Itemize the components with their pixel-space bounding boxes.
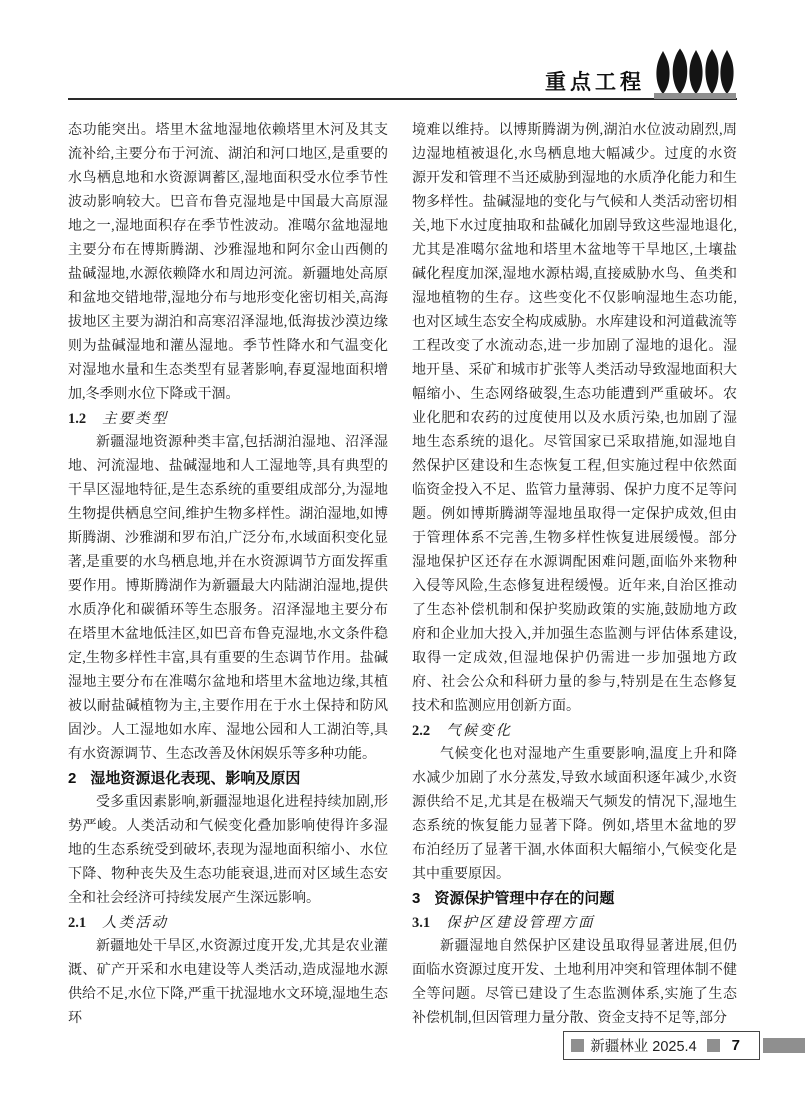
subheading-2-1: 2.1人类活动 xyxy=(68,911,388,935)
subheading-number: 1.2 xyxy=(68,411,86,427)
heading-title: 资源保护管理中存在的问题 xyxy=(434,890,614,907)
journal-issue: 新疆林业 2025.4 xyxy=(590,1035,696,1056)
subheading-number: 2.1 xyxy=(68,915,86,931)
footer-square-icon xyxy=(707,1039,720,1052)
journal-footer-box: 新疆林业 2025.4 7 xyxy=(563,1031,760,1060)
paragraph: 新疆湿地自然保护区建设虽取得显著进展,但仍面临水资源过度开发、土地利用冲突和管理… xyxy=(412,935,737,1031)
paragraph: 气候变化也对湿地产生重要影响,温度上升和降水减少加剧了水分蒸发,导致水域面积逐年… xyxy=(412,743,737,887)
subheading-3-1: 3.1保护区建设管理方面 xyxy=(412,911,737,935)
journal-page: 重点工程 态功能突出。塔里木盆地湿地依赖塔里木河及其支流补给,主要分布于河流、湖… xyxy=(0,0,805,1099)
subheading-2-2: 2.2气候变化 xyxy=(412,719,737,743)
heading-number: 2 xyxy=(68,770,76,787)
paragraph: 境难以维持。以博斯腾湖为例,湖泊水位波动剧烈,周边湿地植被退化,水鸟栖息地大幅减… xyxy=(412,119,737,719)
heading-number: 3 xyxy=(412,890,420,907)
subheading-title: 主要类型 xyxy=(102,411,168,427)
subheading-number: 2.2 xyxy=(412,723,430,739)
footer-square-icon xyxy=(571,1039,584,1052)
right-column: 境难以维持。以博斯腾湖为例,湖泊水位波动剧烈,周边湿地植被退化,水鸟栖息地大幅减… xyxy=(412,119,737,1031)
section-title: 重点工程 xyxy=(545,66,645,96)
paragraph: 态功能突出。塔里木盆地湿地依赖塔里木河及其支流补给,主要分布于河流、湖泊和河口地… xyxy=(68,119,388,407)
paragraph: 新疆湿地资源种类丰富,包括湖泊湿地、沼泽湿地、河流湿地、盐碱湿地和人工湿地等,具… xyxy=(68,431,388,767)
subheading-title: 气候变化 xyxy=(446,723,512,739)
footer-bar xyxy=(763,1038,805,1053)
heading-2: 2湿地资源退化表现、影响及原因 xyxy=(68,767,388,791)
paragraph: 受多重因素影响,新疆湿地退化进程持续加剧,形势严峻。人类活动和气候变化叠加影响使… xyxy=(68,791,388,911)
subheading-title: 保护区建设管理方面 xyxy=(446,915,595,931)
paragraph: 新疆地处干旱区,水资源过度开发,尤其是农业灌溉、矿产开采和水电建设等人类活动,造… xyxy=(68,935,388,1031)
heading-title: 湿地资源退化表现、影响及原因 xyxy=(90,770,300,787)
subheading-number: 3.1 xyxy=(412,915,430,931)
heading-3: 3资源保护管理中存在的问题 xyxy=(412,887,737,911)
page-footer: 新疆林业 2025.4 7 xyxy=(563,1031,805,1060)
subheading-1-2: 1.2主要类型 xyxy=(68,407,388,431)
page-number: 7 xyxy=(732,1037,740,1054)
page-header: 重点工程 xyxy=(68,44,737,100)
subheading-title: 人类活动 xyxy=(102,915,168,931)
left-column: 态功能突出。塔里木盆地湿地依赖塔里木河及其支流补给,主要分布于河流、湖泊和河口地… xyxy=(68,119,388,1031)
trees-icon xyxy=(653,48,737,100)
